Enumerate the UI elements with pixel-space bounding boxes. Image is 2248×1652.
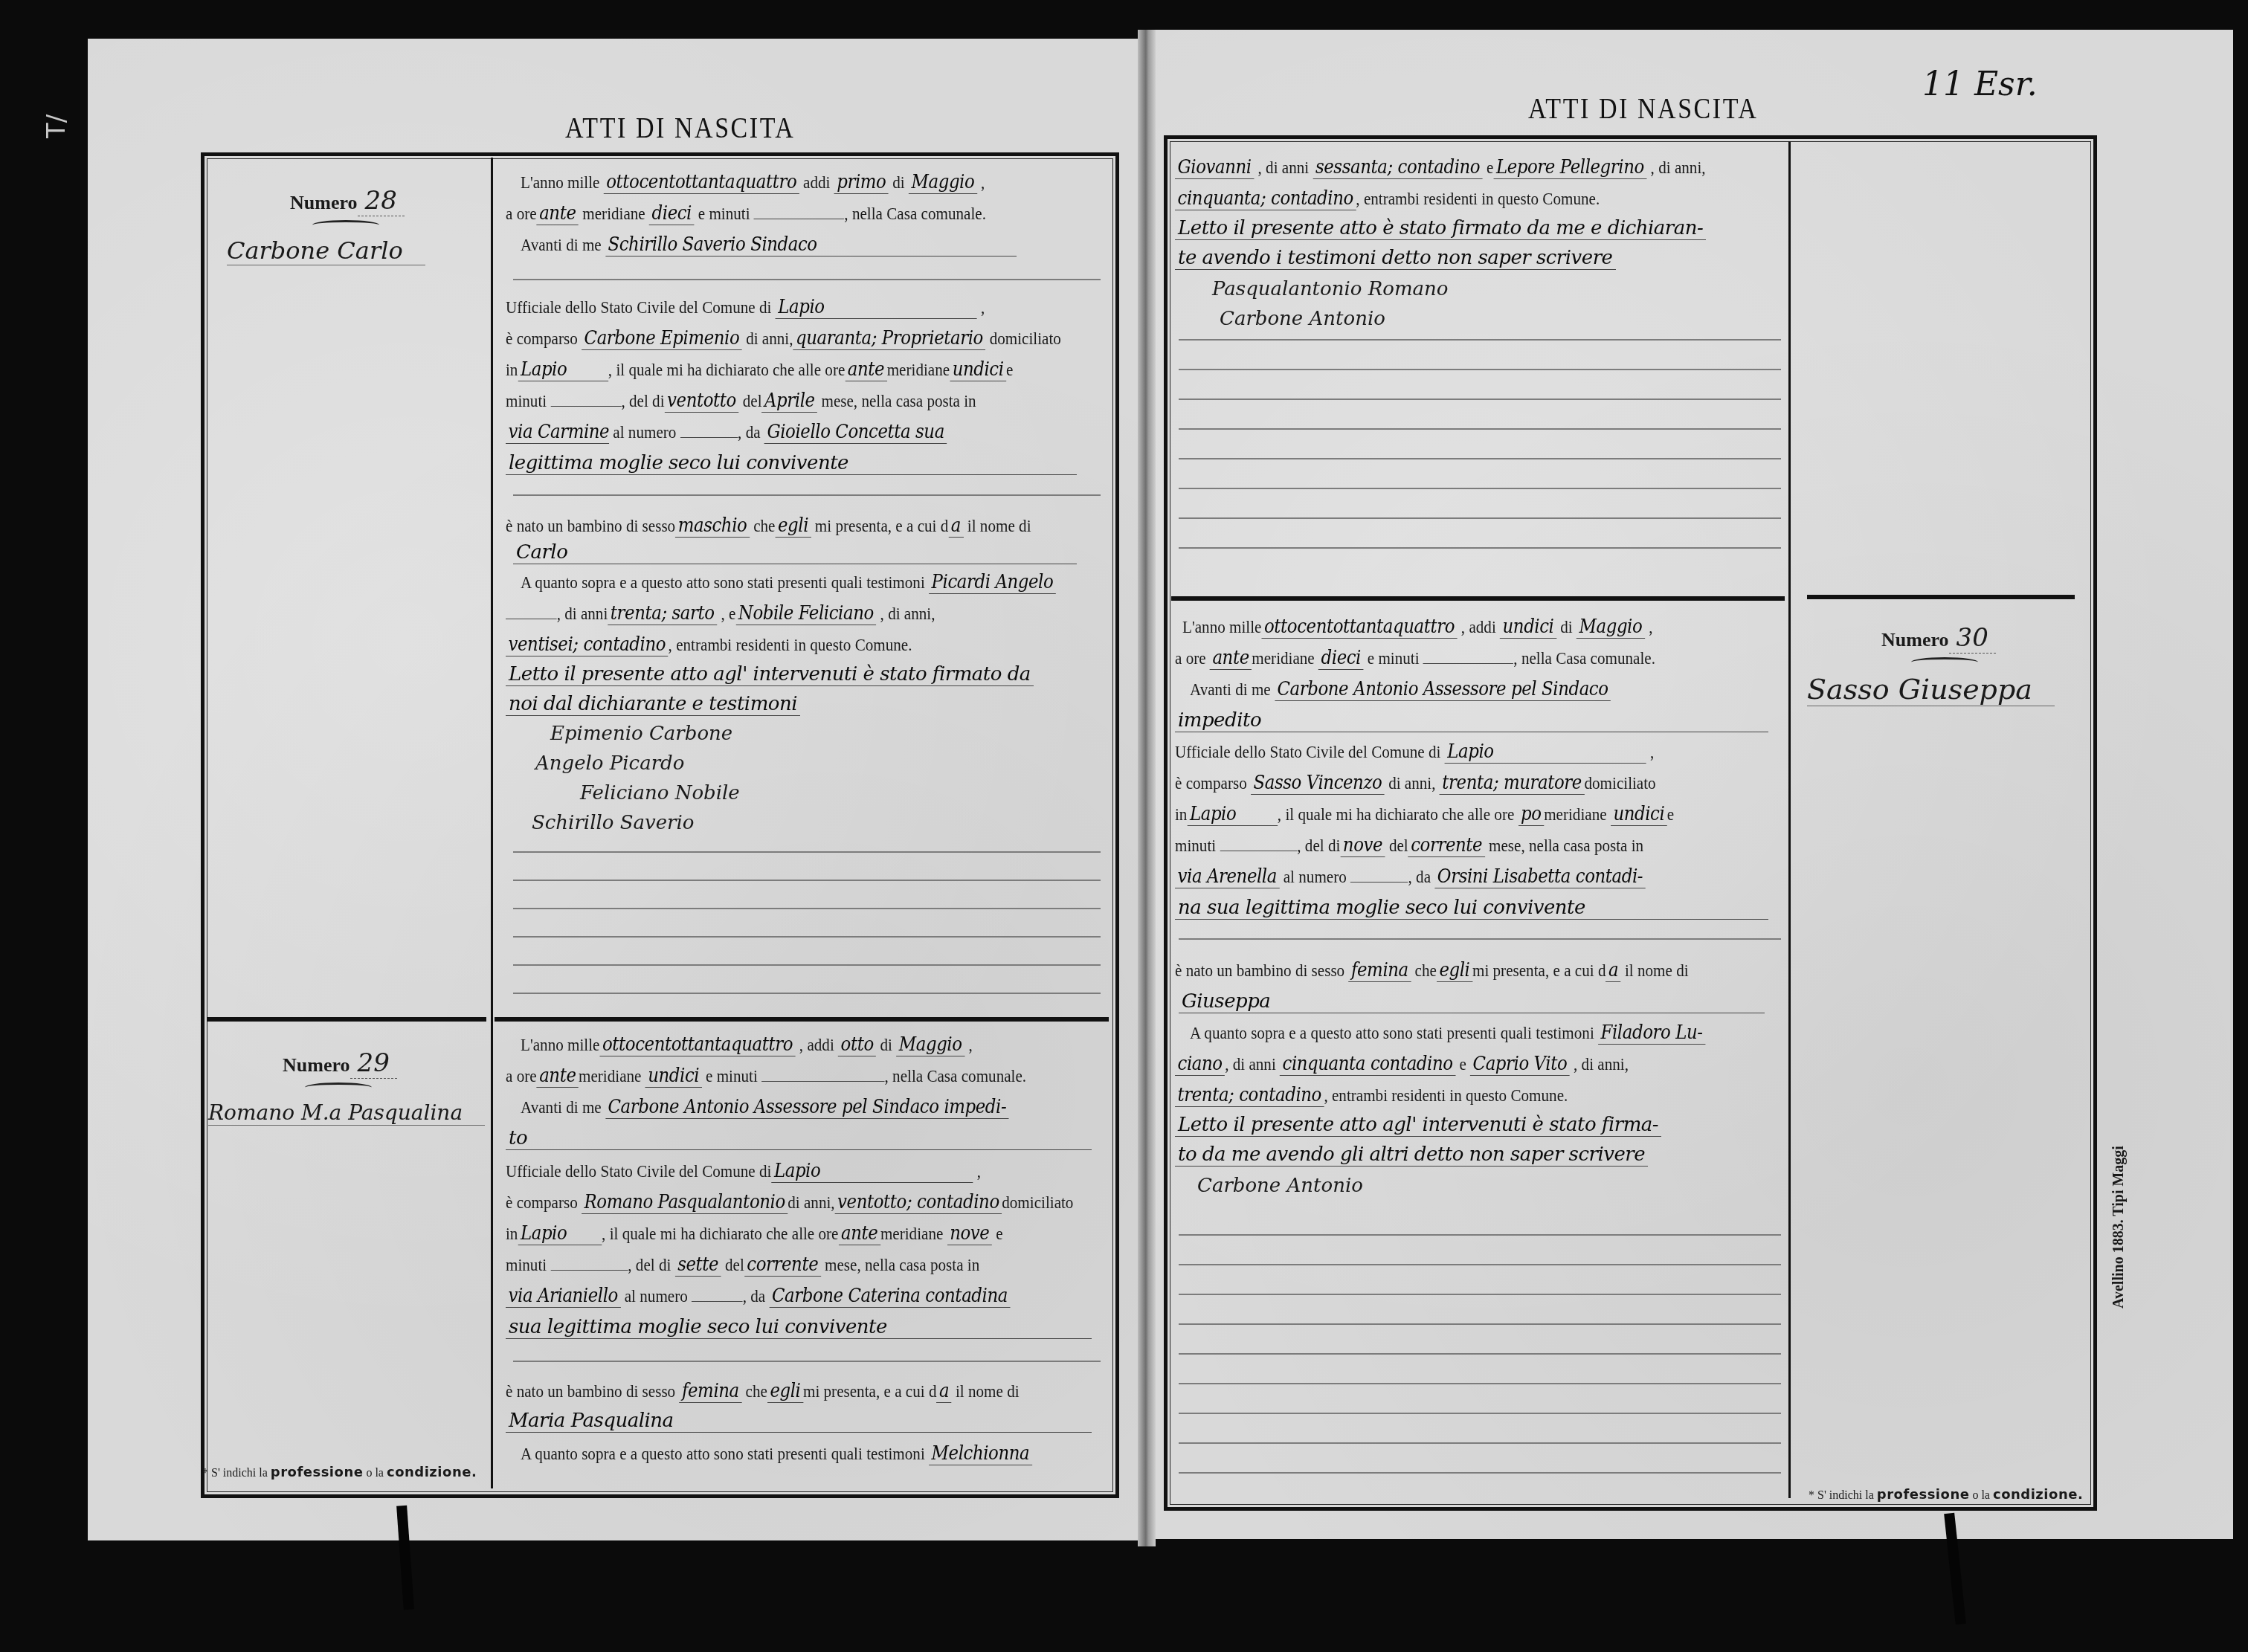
blank-rule <box>1179 517 1781 519</box>
margin-name-28: Carbone Carlo <box>227 236 425 265</box>
record-number-30: Numero30 <box>1881 623 1996 653</box>
blank-rule <box>1179 339 1781 341</box>
blank-rule <box>1179 369 1781 370</box>
record-separator-margin <box>1807 595 2075 599</box>
r30-line-1: L'anno milleottocentottantaquattro , add… <box>1182 616 1652 639</box>
shelf-mark: T/ <box>42 114 71 138</box>
blank-rule <box>1179 458 1781 459</box>
r30-line-2: a ore antemeridiane dieci e minuti , nel… <box>1175 647 1655 670</box>
r28-line-sesso: è nato un bambino di sessomaschio cheegl… <box>506 514 1031 538</box>
blank-rule <box>1179 488 1781 489</box>
signature-witness-2: Feliciano Nobile <box>580 782 740 804</box>
r30-closing-1: Letto il presente atto agl' intervenuti … <box>1175 1114 1661 1137</box>
record-number-28: Numero28 <box>290 186 405 216</box>
blank-rule <box>1179 938 1781 940</box>
blank-rule <box>513 279 1101 280</box>
footnote-left: * S' indichi la professione o la condizi… <box>202 1465 477 1480</box>
r28-line-nome: Carlo <box>513 541 1077 564</box>
r30-line-ufficiale: Ufficiale dello Stato Civile del Comune … <box>1175 741 1654 764</box>
left-column-divider <box>491 158 493 1488</box>
blank-rule <box>1179 1264 1781 1265</box>
record-separator-body <box>1171 596 1785 601</box>
footnote-right: * S' indichi la professione o la condizi… <box>1809 1487 2083 1503</box>
r30-line-via: via Arenella al numero , da Orsini Lisab… <box>1175 865 1646 888</box>
r29-line-comparso: è comparso Romano Pasqualantoniodi anni,… <box>506 1191 1073 1214</box>
r29-line-sesso: è nato un bambino di sesso femina cheegl… <box>506 1380 1020 1403</box>
page-title-left: ATTI DI NASCITA <box>565 110 795 145</box>
blank-rule <box>513 851 1101 853</box>
r30-line-sesso: è nato un bambino di sesso femina cheegl… <box>1175 959 1689 982</box>
r29-line-3: Avanti di me Carbone Antonio Assessore p… <box>521 1096 1009 1119</box>
printer-imprint: Avellino 1883. Tipi Maggi <box>2110 1146 2128 1309</box>
blank-rule <box>513 908 1101 909</box>
r30-line-testimone-eta: ciano, di anni cinquanta contadino e Cap… <box>1175 1053 1629 1076</box>
r29-line-domicilio: inLapio, il quale mi ha dichiarato che a… <box>506 1222 1003 1245</box>
margin-name-30: Sasso Giuseppa <box>1807 673 2055 706</box>
record-number-29: Numero29 <box>283 1048 397 1078</box>
blank-rule <box>1179 547 1781 549</box>
r30-line-domicilio: inLapio, il quale mi ha dichiarato che a… <box>1175 803 1674 826</box>
r30-line-madre: na sua legittima moglie seco lui convive… <box>1175 897 1768 920</box>
r28-closing-1: Letto il presente atto agl' intervenuti … <box>506 663 1034 686</box>
page-title-right: ATTI DI NASCITA <box>1528 91 1758 126</box>
blank-rule <box>1179 1323 1781 1325</box>
r28-line-testimone-eta: , di annitrenta; sarto , eNobile Felicia… <box>506 602 935 625</box>
signature-officer: Carbone Antonio <box>1220 308 1385 330</box>
r28-line-3: Avanti di me Schirillo Saverio Sindaco <box>521 233 1017 256</box>
r30-line-3: Avanti di me Carbone Antonio Assessore p… <box>1190 678 1611 701</box>
r29-line-ufficiale: Ufficiale dello Stato Civile del Comune … <box>506 1160 981 1183</box>
r29-line-3b: to <box>506 1127 1092 1150</box>
blank-rule <box>1179 1353 1781 1355</box>
r29-line-testimoni: A quanto sopra e a questo atto sono stat… <box>521 1442 1032 1465</box>
ornament-icon <box>305 1082 372 1092</box>
r28-line-residenti: ventisei; contadino, entrambi residenti … <box>506 633 912 656</box>
signature-officer: Schirillo Saverio <box>532 812 695 834</box>
r28-line-madre: legittima moglie seco lui convivente <box>506 452 1077 475</box>
r28-line-comparso: è comparso Carbone Epimenio di anni,quar… <box>506 327 1061 350</box>
blank-rule <box>513 993 1101 994</box>
book-gutter <box>1138 30 1156 1546</box>
page-number-annotation: 11 Esr. <box>1922 65 2038 103</box>
record-separator-body <box>495 1017 1109 1022</box>
blank-rule <box>1179 428 1781 430</box>
r29-cont-line-2: cinquanta; contadino, entrambi residenti… <box>1175 187 1600 210</box>
r29-closing-2: te avendo i testimoni detto non saper sc… <box>1175 247 1616 270</box>
blank-rule <box>513 1361 1101 1362</box>
r29-line-via: via Arianiello al numero , da Carbone Ca… <box>506 1285 1010 1308</box>
r28-line-via: via Carmine al numero , da Gioiello Conc… <box>506 421 947 444</box>
r30-line-residenti: trenta; contadino, entrambi residenti in… <box>1175 1084 1568 1107</box>
r28-line-2: a oreante meridiane dieci e minuti , nel… <box>506 202 986 225</box>
r28-line-testimoni: A quanto sopra e a questo atto sono stat… <box>521 571 1056 594</box>
blank-rule <box>513 880 1101 881</box>
r28-line-ufficiale: Ufficiale dello Stato Civile del Comune … <box>506 296 985 319</box>
r30-closing-2: to da me avendo gli altri detto non sape… <box>1175 1143 1648 1167</box>
signature-officer: Carbone Antonio <box>1197 1175 1363 1197</box>
r29-line-2: a oreantemeridiane undici e minuti , nel… <box>506 1065 1026 1088</box>
r29-line-madre: sua legittima moglie seco lui convivente <box>506 1316 1092 1339</box>
r28-line-domicilio: inLapio, il quale mi ha dichiarato che a… <box>506 358 1013 381</box>
r30-line-testimoni: A quanto sopra e a questo atto sono stat… <box>1190 1022 1705 1045</box>
blank-rule <box>1179 1234 1781 1236</box>
blank-rule <box>513 964 1101 966</box>
r28-closing-2: noi dal dichiarante e testimoni <box>506 693 800 716</box>
r30-line-comparso: è comparso Sasso Vincenzo di anni, trent… <box>1175 772 1656 795</box>
blank-rule <box>513 494 1101 496</box>
r29-cont-line-1: Giovanni , di anni sessanta; contadino e… <box>1175 156 1706 179</box>
r29-line-data: minuti , del di sette delcorrente mese, … <box>506 1253 979 1277</box>
r28-line-1: L'anno mille ottocentottantaquattro addi… <box>521 171 985 194</box>
r30-line-nome: Giuseppa <box>1179 990 1765 1013</box>
margin-name-29: Romano M.a Pasqualina <box>208 1100 485 1126</box>
r29-line-nome: Maria Pasqualina <box>506 1410 1092 1433</box>
signature-declarant: Epimenio Carbone <box>550 723 732 745</box>
signature-declarant: Pasqualantonio Romano <box>1212 278 1448 300</box>
blank-rule <box>1179 1472 1781 1474</box>
blank-rule <box>1179 1442 1781 1444</box>
blank-rule <box>1179 399 1781 400</box>
blank-rule <box>1179 1383 1781 1384</box>
blank-rule <box>1179 1413 1781 1414</box>
signature-witness-1: Angelo Picardo <box>535 752 684 775</box>
r28-line-data: minuti , del diventotto delAprile mese, … <box>506 390 976 413</box>
r30-line-data: minuti , del dinove delcorrente mese, ne… <box>1175 834 1643 857</box>
blank-rule <box>1179 1294 1781 1295</box>
record-separator-margin <box>207 1017 486 1022</box>
r29-closing-1: Letto il presente atto è stato firmato d… <box>1175 217 1706 240</box>
blank-rule <box>513 936 1101 938</box>
r30-line-3b: impedito <box>1175 709 1768 732</box>
ornament-icon <box>1911 657 1978 667</box>
right-column-divider <box>1788 141 1791 1498</box>
ornament-icon <box>312 220 379 230</box>
r29-line-1: L'anno milleottocentottantaquattro , add… <box>521 1033 973 1056</box>
